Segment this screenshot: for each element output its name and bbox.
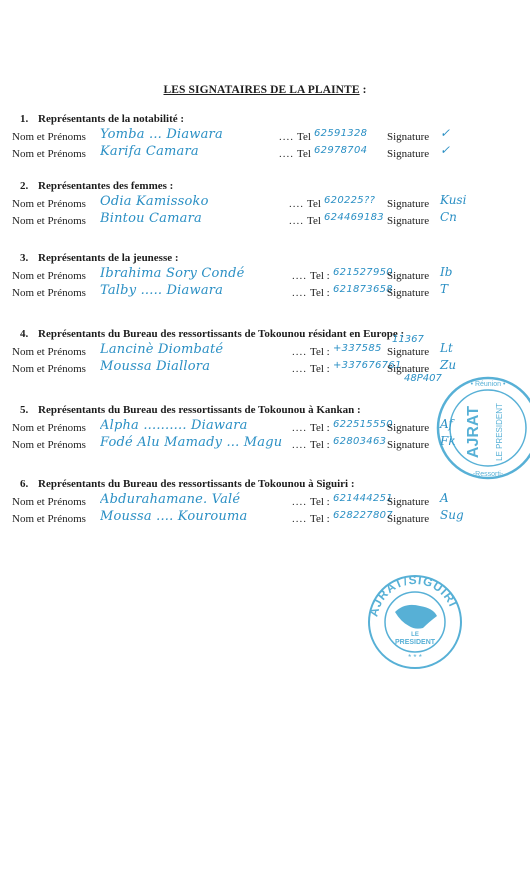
dot-leader: .... [292, 422, 307, 434]
signature-label: Signature [387, 131, 429, 143]
dot-leader: .... [289, 215, 304, 227]
name-label: Nom et Prénoms [12, 270, 86, 282]
signature-mark: ✓ [440, 143, 450, 157]
section-number: 4. [20, 328, 38, 340]
title-colon: : [360, 84, 367, 96]
signatory-name: Talby ..... Diawara [100, 283, 300, 298]
signatory-phone: +337585 [333, 343, 382, 354]
signatory-name: Moussa Diallora [100, 359, 300, 374]
name-label: Nom et Prénoms [12, 422, 86, 434]
signatory-name: Ibrahima Sory Condé [100, 266, 300, 281]
section-number: 2. [20, 180, 38, 192]
signature-mark: ✓ [440, 126, 450, 140]
signatory-phone: 628227807 [333, 510, 393, 521]
signatory-name: Karifa Camara [100, 144, 300, 159]
section-2: 2.Représentantes des femmes :Nom et Prén… [12, 180, 522, 230]
name-label: Nom et Prénoms [12, 198, 86, 210]
name-label: Nom et Prénoms [12, 496, 86, 508]
signatory-phone: 622515550 [333, 419, 393, 430]
signature-mark: T [440, 282, 448, 296]
signature-mark: Ib [440, 265, 452, 279]
name-label: Nom et Prénoms [12, 513, 86, 525]
stamp2-stars: * * * [408, 653, 422, 662]
signatory-phone: 621527950 [333, 267, 393, 278]
tel-label: Tel : [310, 270, 330, 282]
dot-leader: .... [292, 439, 307, 451]
tel-label: Tel : [310, 496, 330, 508]
stamp1-ring-text: • Réunion • [471, 381, 506, 388]
signature-label: Signature [387, 346, 429, 358]
signature-label: Signature [387, 439, 429, 451]
section-6: 6.Représentants du Bureau des ressortiss… [12, 478, 522, 528]
signature-mark: Sug [440, 508, 464, 522]
tel-label: Tel : [310, 363, 330, 375]
signatory-name: Abdurahamane. Valé [100, 492, 300, 507]
signature-label: Signature [387, 422, 429, 434]
signatory-row: Nom et PrénomsTalby ..... Diawara....Tel… [12, 285, 522, 302]
signatory-phone: 62803463 [333, 436, 386, 447]
section-heading-text: Représentants du Bureau des ressortissan… [38, 404, 361, 416]
tel-label: Tel [297, 148, 311, 160]
tel-label: Tel : [310, 513, 330, 525]
signatory-phone: 621444251 [333, 493, 393, 504]
section-heading-text: Représentants du Bureau des ressortissan… [38, 328, 404, 340]
signatory-name: Fodé Alu Mamady ... Magu [100, 435, 300, 450]
section-heading-text: Représentants de la jeunesse : [38, 252, 179, 264]
signature-label: Signature [387, 287, 429, 299]
section-number: 3. [20, 252, 38, 264]
signatory-name: Bintou Camara [100, 211, 300, 226]
signatory-name: Odia Kamissoko [100, 194, 300, 209]
signatory-name: Moussa .... Kourouma [100, 509, 300, 524]
ajrat-president-stamp: • Réunion • -Ressorti- AJRAT LE PRESIDEN… [430, 372, 530, 484]
tel-label: Tel : [310, 439, 330, 451]
section-heading-text: Représentants de la notabilité : [38, 113, 184, 125]
name-label: Nom et Prénoms [12, 131, 86, 143]
section-heading-text: Représentants du Bureau des ressortissan… [38, 478, 355, 490]
tel-label: Tel [297, 131, 311, 143]
signatory-phone: 624469183 [324, 212, 384, 223]
section-heading: 2.Représentantes des femmes : [12, 180, 522, 192]
signatory-row: Nom et PrénomsKarifa Camara....Tel629787… [12, 146, 522, 163]
section-heading: 3.Représentants de la jeunesse : [12, 252, 522, 264]
dot-leader: .... [292, 270, 307, 282]
tel-label: Tel : [310, 422, 330, 434]
ajrat-siguiri-stamp: AJRAT/SIGUIRI LE PRESIDENT * * * [365, 572, 465, 672]
signature-mark: Lt [440, 341, 453, 355]
section-1: 1.Représentants de la notabilité :Nom et… [12, 113, 522, 163]
signature-label: Signature [387, 215, 429, 227]
signatory-phone: 620225?? [324, 195, 375, 206]
name-label: Nom et Prénoms [12, 287, 86, 299]
signatory-name: Lancinè Diombaté [100, 342, 300, 357]
signatory-phone: 621873658 [333, 284, 393, 295]
signature-label: Signature [387, 513, 429, 525]
section-heading-text: Représentantes des femmes : [38, 180, 173, 192]
stamp2-map-shape [395, 605, 437, 629]
stamp2-le: LE [411, 632, 419, 638]
section-3: 3.Représentants de la jeunesse :Nom et P… [12, 252, 522, 302]
dot-leader: .... [279, 148, 294, 160]
stamp1-center-text: AJRAT [465, 406, 482, 458]
signatory-name: Alpha .......... Diawara [100, 418, 300, 433]
dot-leader: .... [289, 198, 304, 210]
section-number: 1. [20, 113, 38, 125]
signature-label: Signature [387, 148, 429, 160]
signatory-name: Yomba ... Diawara [100, 127, 300, 142]
tel-label: Tel [307, 198, 321, 210]
section-4: 4.Représentants du Bureau des ressortiss… [12, 328, 522, 378]
document-title: LES SIGNATAIRES DE LA PLAINTE : [0, 84, 530, 96]
signature-mark: Cn [440, 210, 457, 224]
signature-label: Signature [387, 198, 429, 210]
section-heading: 1.Représentants de la notabilité : [12, 113, 522, 125]
name-label: Nom et Prénoms [12, 346, 86, 358]
signature-mark: Zu [440, 358, 456, 372]
name-label: Nom et Prénoms [12, 439, 86, 451]
dot-leader: .... [292, 287, 307, 299]
section-heading: 4.Représentants du Bureau des ressortiss… [12, 328, 522, 340]
complaint-signatories-page: LES SIGNATAIRES DE LA PLAINTE : 1.Représ… [0, 0, 530, 883]
name-label: Nom et Prénoms [12, 363, 86, 375]
section-number: 5. [20, 404, 38, 416]
title-text: LES SIGNATAIRES DE LA PLAINTE [163, 84, 359, 96]
signatory-row: Nom et PrénomsBintou Camara....Tel624469… [12, 213, 522, 230]
stamp1-side-text: LE PRESIDENT [495, 403, 504, 461]
signature-mark: A [440, 491, 449, 505]
signatory-phone: 62591328 [314, 128, 367, 139]
name-label: Nom et Prénoms [12, 148, 86, 160]
dot-leader: .... [292, 496, 307, 508]
dot-leader: .... [292, 513, 307, 525]
dot-leader: .... [279, 131, 294, 143]
name-label: Nom et Prénoms [12, 215, 86, 227]
tel-label: Tel : [310, 346, 330, 358]
signatory-row: Nom et PrénomsMoussa .... Kourouma....Te… [12, 511, 522, 528]
signature-label: Signature [387, 270, 429, 282]
tel-label: Tel : [310, 287, 330, 299]
stamp1-ring-text-bottom: -Ressorti- [473, 471, 504, 478]
signature-label: Signature [387, 496, 429, 508]
tel-label: Tel [307, 215, 321, 227]
dot-leader: .... [292, 363, 307, 375]
section-number: 6. [20, 478, 38, 490]
stamp2-center-text: PRESIDENT [395, 639, 436, 646]
signatory-phone-extra: 11367 [392, 334, 424, 345]
signature-mark: Kusi [440, 193, 466, 207]
signatory-phone: 62978704 [314, 145, 367, 156]
dot-leader: .... [292, 346, 307, 358]
